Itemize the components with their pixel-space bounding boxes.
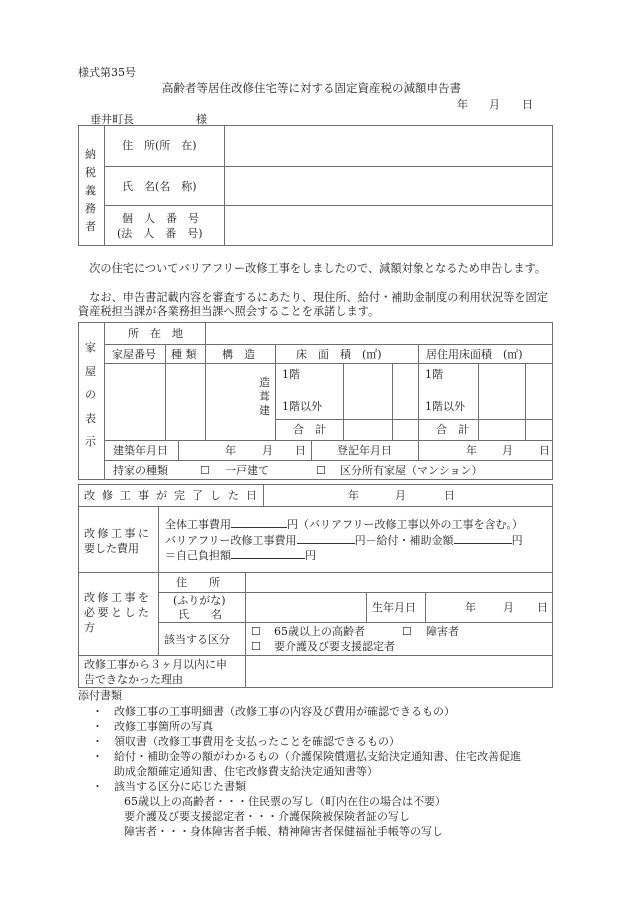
attachment-bullet-3: ・ [92,735,103,749]
person-address-label: 住 所 [176,576,220,589]
category-label: 該当する区分 [164,633,230,646]
corporate-number-label: (法 人 番 号) [117,227,203,240]
attachment-bullet-4: ・ [92,750,103,764]
ownership-condo-label: 区分所有家屋（マンション） [340,464,483,477]
registered-date-label: 登記年月日 [337,444,392,457]
name-label: 氏 名(名 称) [122,180,197,193]
attachment-item-2: 改修工事箇所の写真 [114,720,213,734]
ownership-label: 持家の種類 [113,464,168,477]
furigana-label: (ふりがな) [173,594,226,607]
attachment-bullet-1: ・ [92,705,103,719]
attachment-bullet-5: ・ [92,780,103,794]
form-number: 様式第35号 [78,64,136,80]
taxpayer-section-label: 納 税 義 務 者 [85,146,96,236]
location-field[interactable] [206,323,552,344]
attachment-sub-item-3: 障害者・・・身体障害者手帳、精神障害者保健福祉手帳等の写し [124,825,443,839]
birth-date-label: 生年月日 [372,601,416,614]
cost-label: 改修工事に 要した費用 [84,526,152,556]
attachment-item-5: 該当する区分に応じた書類 [114,780,246,794]
statement-paragraph-1: 次の住宅についてバリアフリー改修工事をしましたので、減額対象となるため申告します… [78,262,556,276]
registered-year: 年 [466,444,477,457]
category-elderly-label: 65歳以上の高齢者 [274,625,365,638]
date-day: 日 [522,96,533,112]
total-cost-input[interactable] [231,516,287,528]
header-floor-area: 床 面 積 (㎡) [296,348,382,361]
floor-other-label: 1階以外 [282,400,322,413]
category-disabled-checkbox[interactable]: ☐ [402,625,412,638]
built-month: 月 [262,444,273,457]
header-residential-area: 居住用床面積 (㎡) [426,348,523,361]
cost-barrierfree-line: バリアフリー改修工事費用円－給付・補助金額円 [165,532,523,547]
house-section-label: 家 屋 の 表 示 [85,336,96,454]
floor-1f-label: 1階 [282,368,300,381]
built-day: 日 [295,444,306,457]
attachment-item-3: 領収書（改修工事費用を支払ったことを確認できるもの） [114,735,400,749]
location-label: 所 在 地 [128,327,183,340]
category-care-checkbox[interactable]: ☐ [251,640,261,653]
person-name-field[interactable] [246,593,366,622]
category-elderly-checkbox[interactable]: ☐ [251,625,261,638]
structure-suffix: 造 葺 建 [259,376,270,418]
built-date-label: 建築年月日 [113,444,168,457]
category-disabled-label: 障害者 [426,625,459,638]
person-address-field[interactable] [246,573,552,592]
completed-day: 日 [444,489,455,502]
ownership-detached-checkbox[interactable]: ☐ [200,464,210,477]
late-reason-label: 改修工事から３ヶ月以内に申 告できなかった理由 [84,657,227,687]
birth-month: 月 [503,601,514,614]
attachment-item-4: 給付・補助金等の額がわかるもの（介護保険償還払支給決定通知書、住宅改善促進 [114,750,521,764]
cost-total-line: 全体工事費用円（バリアフリー改修工事以外の工事を含む。） [165,516,523,531]
header-house-number: 家屋番号 [112,348,156,361]
attachment-item-4-cont: 助成金額確定通知書、住宅改修費支給決定通知書等） [114,765,378,779]
attachment-bullet-2: ・ [92,720,103,734]
house-number-field[interactable] [105,364,165,440]
ownership-condo-checkbox[interactable]: ☐ [316,464,326,477]
attachments-heading: 添付書類 [78,689,122,703]
res-total-label: 合 計 [436,423,469,436]
ownership-detached-label: 一戸建て [225,464,269,477]
personal-number-field[interactable] [225,206,552,245]
name-field[interactable] [225,167,552,205]
built-year: 年 [225,444,236,457]
self-pay-input[interactable] [231,547,305,559]
person-name-label: 氏 名 [178,608,222,621]
personal-number-label: 個 人 番 号 [122,212,199,225]
cost-self-line: ＝自己負担額円 [165,547,316,562]
header-type: 種 類 [171,348,197,361]
date-year: 年 [457,96,468,112]
address-field[interactable] [225,126,552,166]
completed-year: 年 [348,489,359,502]
form-title: 高齢者等居住改修住宅等に対する固定資産税の減額申告書 [162,80,461,96]
late-reason-field[interactable] [246,656,552,687]
attachment-sub-item-2: 要介護及び要支援認定者・・・介護保険被保険者証の写し [124,810,410,824]
birth-year: 年 [465,601,476,614]
category-care-label: 要介護及び要支援認定者 [274,640,395,653]
completed-date-label: 改修工事が完了した日 [84,489,264,502]
completed-month: 月 [395,489,406,502]
attachment-item-1: 改修工事の工事明細書（改修工事の内容及び費用が確認できるもの） [114,705,455,719]
registered-month: 月 [502,444,513,457]
statement-paragraph-2: なお、申告書記載内容を審査するにあたり、現住所、給付・補助金制度の利用状況等を固… [78,291,556,319]
res-1f-label: 1階 [425,368,443,381]
res-other-label: 1階以外 [425,400,465,413]
type-field[interactable] [166,364,205,440]
floor-total-label: 合 計 [293,423,326,436]
attachment-sub-item-1: 65歳以上の高齢者・・・住民票の写し（町内在住の場合は不要） [124,795,446,809]
header-structure: 構 造 [222,348,255,361]
address-label: 住 所(所 在) [122,139,197,152]
registered-day: 日 [539,444,550,457]
birth-day: 日 [537,601,548,614]
barrierfree-cost-input[interactable] [297,532,355,544]
date-month: 月 [489,96,500,112]
subsidy-amount-input[interactable] [454,532,512,544]
person-label: 改修工事を 必要とした 方 [84,590,152,635]
